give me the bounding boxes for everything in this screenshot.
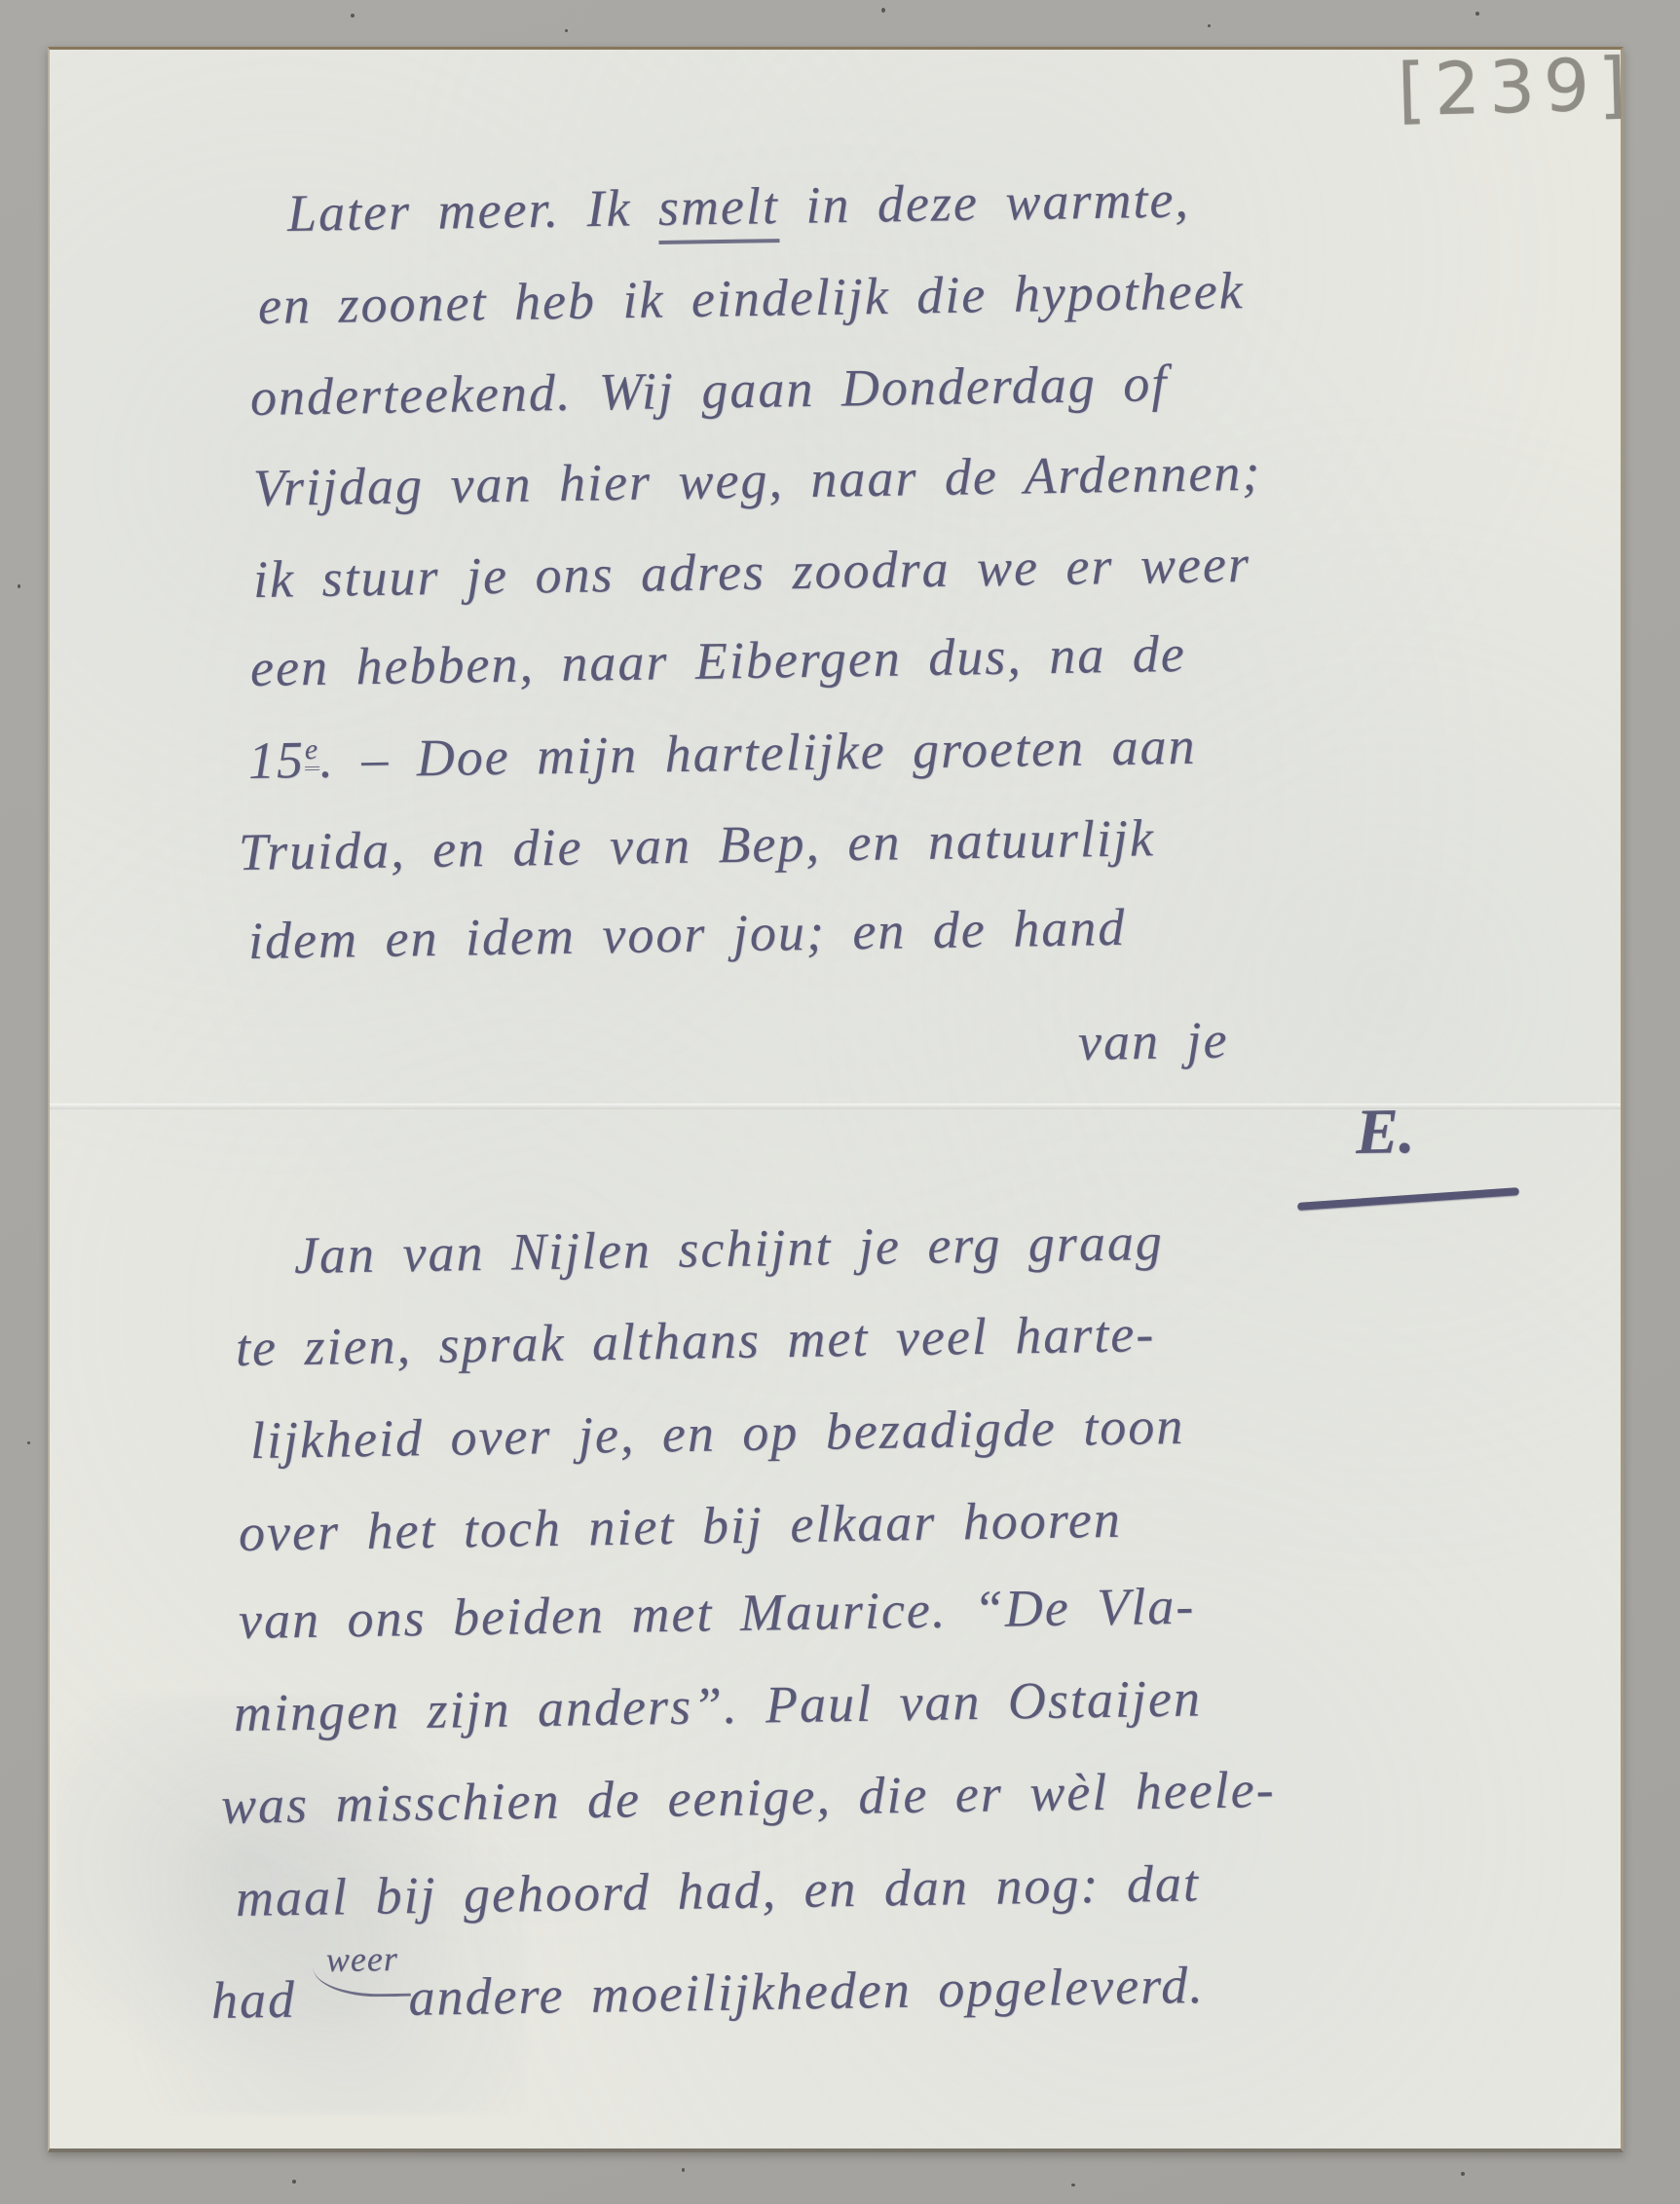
handwritten-line-8: Truida, en die van Bep, en natuurlijk bbox=[239, 807, 1156, 882]
text-segment: van je bbox=[1078, 1011, 1229, 1071]
dust-speck bbox=[565, 29, 568, 32]
dust-speck bbox=[881, 8, 885, 13]
handwritten-line-15: over het toch niet bij elkaar hooren bbox=[239, 1489, 1123, 1563]
dust-speck bbox=[27, 1441, 30, 1444]
handwritten-line-4: Vrijdag van hier weg, naar de Ardennen; bbox=[253, 442, 1262, 518]
text-segment: van ons beiden met Maurice. “De Vla- bbox=[239, 1577, 1196, 1650]
scanner-background: [239] Later meer. Ik smelt in deze warmt… bbox=[0, 0, 1680, 2204]
text-segment: en zoonet heb ik eindelijk die hypotheek bbox=[258, 261, 1245, 335]
handwritten-line-10: van je bbox=[1078, 1010, 1229, 1073]
text-segment: in deze warmte, bbox=[778, 169, 1190, 235]
dust-speck bbox=[682, 2168, 685, 2172]
dust-speck bbox=[18, 584, 20, 588]
handwritten-line-17: mingen zijn anders”. Paul van Ostaijen bbox=[234, 1667, 1203, 1743]
handwritten-line-12: Jan van Nijlen schijnt je erg graag bbox=[294, 1212, 1165, 1286]
inserted-word: weer bbox=[326, 1939, 399, 1981]
handwritten-line-6: een hebben, naar Eibergen dus, na de bbox=[250, 623, 1187, 698]
text-segment: . – Doe mijn hartelijke groeten aan bbox=[319, 717, 1197, 789]
text-segment: maal bij gehoord had, en dan nog: dat bbox=[236, 1853, 1201, 1927]
text-segment: mingen zijn anders”. Paul van Ostaijen bbox=[234, 1668, 1203, 1742]
dust-speck bbox=[1071, 2184, 1075, 2186]
handwritten-line-14: lijkheid over je, en op bezadigde toon bbox=[250, 1396, 1185, 1471]
handwritten-line-5: ik stuur je ons adres zoodra we er weer bbox=[253, 534, 1251, 610]
handwritten-line-20: had weerandere moeilijkheden opgeleverd. bbox=[211, 1955, 1206, 2031]
text-segment: idem en idem voor jou; en de hand bbox=[248, 898, 1127, 970]
handwritten-line-1: Later meer. Ik smelt in deze warmte, bbox=[287, 168, 1191, 243]
handwritten-line-7: 15e. – Doe mijn hartelijke groeten aan bbox=[248, 716, 1197, 791]
handwritten-line-11: E. bbox=[1355, 1095, 1415, 1170]
dust-speck bbox=[1208, 24, 1211, 27]
text-segment: te zien, sprak althans met veel harte- bbox=[236, 1304, 1156, 1377]
text-segment: lijkheid over je, en op bezadigde toon bbox=[250, 1397, 1185, 1470]
signature-underline bbox=[1297, 1187, 1519, 1211]
dust-speck bbox=[1475, 12, 1479, 16]
text-segment: over het toch niet bij elkaar hooren bbox=[239, 1490, 1123, 1562]
text-segment: had bbox=[211, 1969, 323, 2030]
text-segment: smelt bbox=[657, 176, 779, 244]
text-segment: Jan van Nijlen schijnt je erg graag bbox=[294, 1213, 1165, 1285]
text-segment: Truida, en die van Bep, en natuurlijk bbox=[239, 808, 1156, 881]
dust-speck bbox=[351, 14, 355, 18]
text-segment: ik stuur je ons adres zoodra we er weer bbox=[253, 535, 1251, 609]
dust-speck bbox=[292, 2180, 296, 2184]
text-segment: E. bbox=[1355, 1096, 1415, 1168]
text-segment: e bbox=[305, 734, 320, 770]
handwritten-line-2: en zoonet heb ik eindelijk die hypotheek bbox=[258, 260, 1246, 336]
text-segment: andere moeilijkheden opgeleverd. bbox=[408, 1956, 1205, 2027]
page-number: [239] bbox=[1397, 49, 1636, 127]
text-segment: Vrijdag van hier weg, naar de Ardennen; bbox=[253, 443, 1262, 517]
dust-speck bbox=[1461, 2172, 1465, 2176]
letter-page: [239] Later meer. Ik smelt in deze warmt… bbox=[48, 47, 1624, 2152]
handwritten-line-16: van ons beiden met Maurice. “De Vla- bbox=[239, 1576, 1196, 1652]
handwritten-line-9: idem en idem voor jou; en de hand bbox=[248, 897, 1127, 971]
text-segment: Later meer. Ik bbox=[287, 178, 659, 243]
handwritten-line-13: te zien, sprak althans met veel harte- bbox=[236, 1303, 1156, 1378]
text-segment: 15 bbox=[248, 730, 306, 790]
handwritten-line-3: onderteekend. Wij gaan Donderdag of bbox=[250, 353, 1169, 428]
text-segment: onderteekend. Wij gaan Donderdag of bbox=[250, 354, 1169, 427]
text-segment: een hebben, naar Eibergen dus, na de bbox=[250, 624, 1187, 697]
